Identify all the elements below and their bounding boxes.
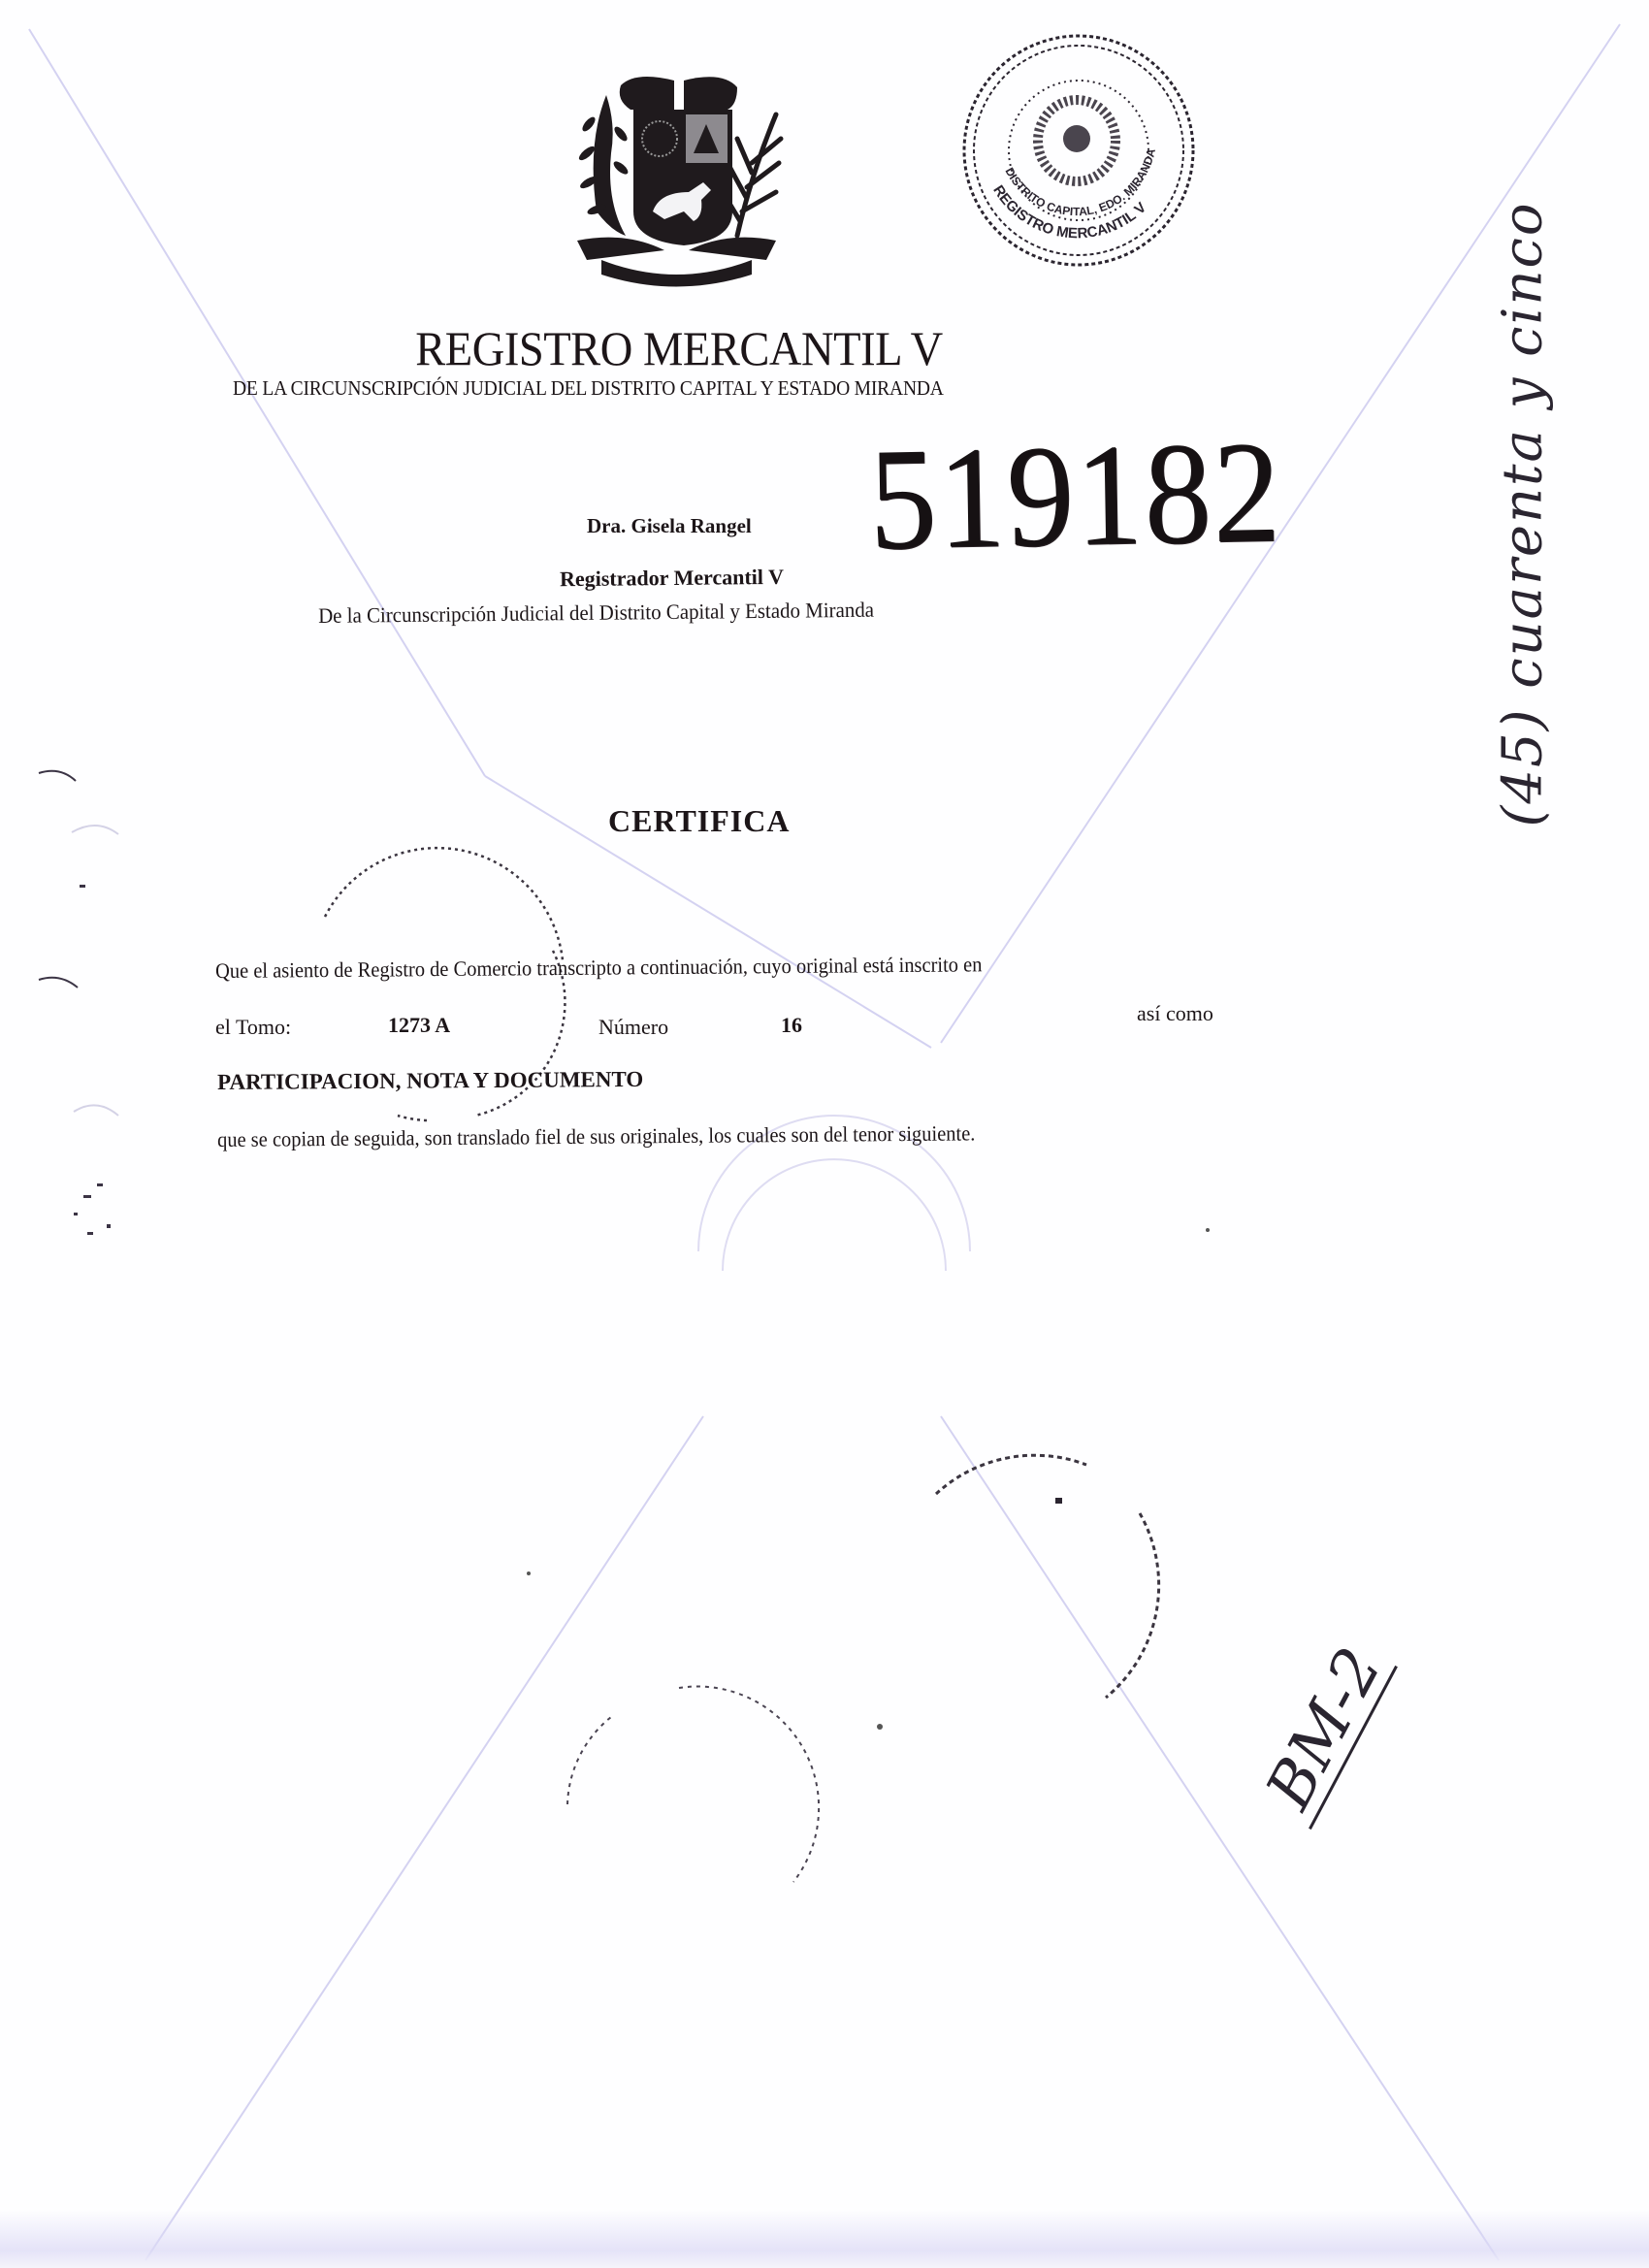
numero-label: Número xyxy=(598,1015,668,1040)
body-line-1: Que el asiento de Registro de Comercio t… xyxy=(215,952,982,984)
registry-title: REGISTRO MERCANTIL V xyxy=(48,320,1310,376)
handwritten-exhibit-mark: BM-2 xyxy=(1253,1636,1396,1820)
tomo-label: el Tomo: xyxy=(215,1015,291,1040)
handwritten-amount: (45) cuarenta y cinco xyxy=(1492,323,1555,827)
official-seal-icon: REGISTRO MERCANTIL V DISTRITO CAPITAL, E… xyxy=(931,24,1222,281)
registrar-title: Registrador Mercantil V xyxy=(560,565,784,592)
scan-bottom-edge xyxy=(0,2210,1649,2268)
certifica-heading: CERTIFICA xyxy=(608,803,790,839)
asi-como-text: así como xyxy=(1137,1001,1213,1026)
document-types: PARTICIPACION, NOTA Y DOCUMENTO xyxy=(217,1067,643,1095)
registry-subtitle: DE LA CIRCUNSCRIPCIÓN JUDICIAL DEL DISTR… xyxy=(233,376,944,401)
registrar-jurisdiction: De la Circunscripción Judicial del Distr… xyxy=(318,598,874,629)
numero-value: 16 xyxy=(781,1013,802,1038)
serial-number: 519182 xyxy=(868,419,1282,572)
tomo-value: 1273 A xyxy=(388,1013,450,1038)
body-line-final: que se copian de seguida, son translado … xyxy=(217,1120,975,1152)
document-page: REGISTRO MERCANTIL V DISTRITO CAPITAL, E… xyxy=(0,0,1649,2268)
coat-of-arms-icon xyxy=(567,66,786,291)
registrar-name: Dra. Gisela Rangel xyxy=(587,514,752,538)
